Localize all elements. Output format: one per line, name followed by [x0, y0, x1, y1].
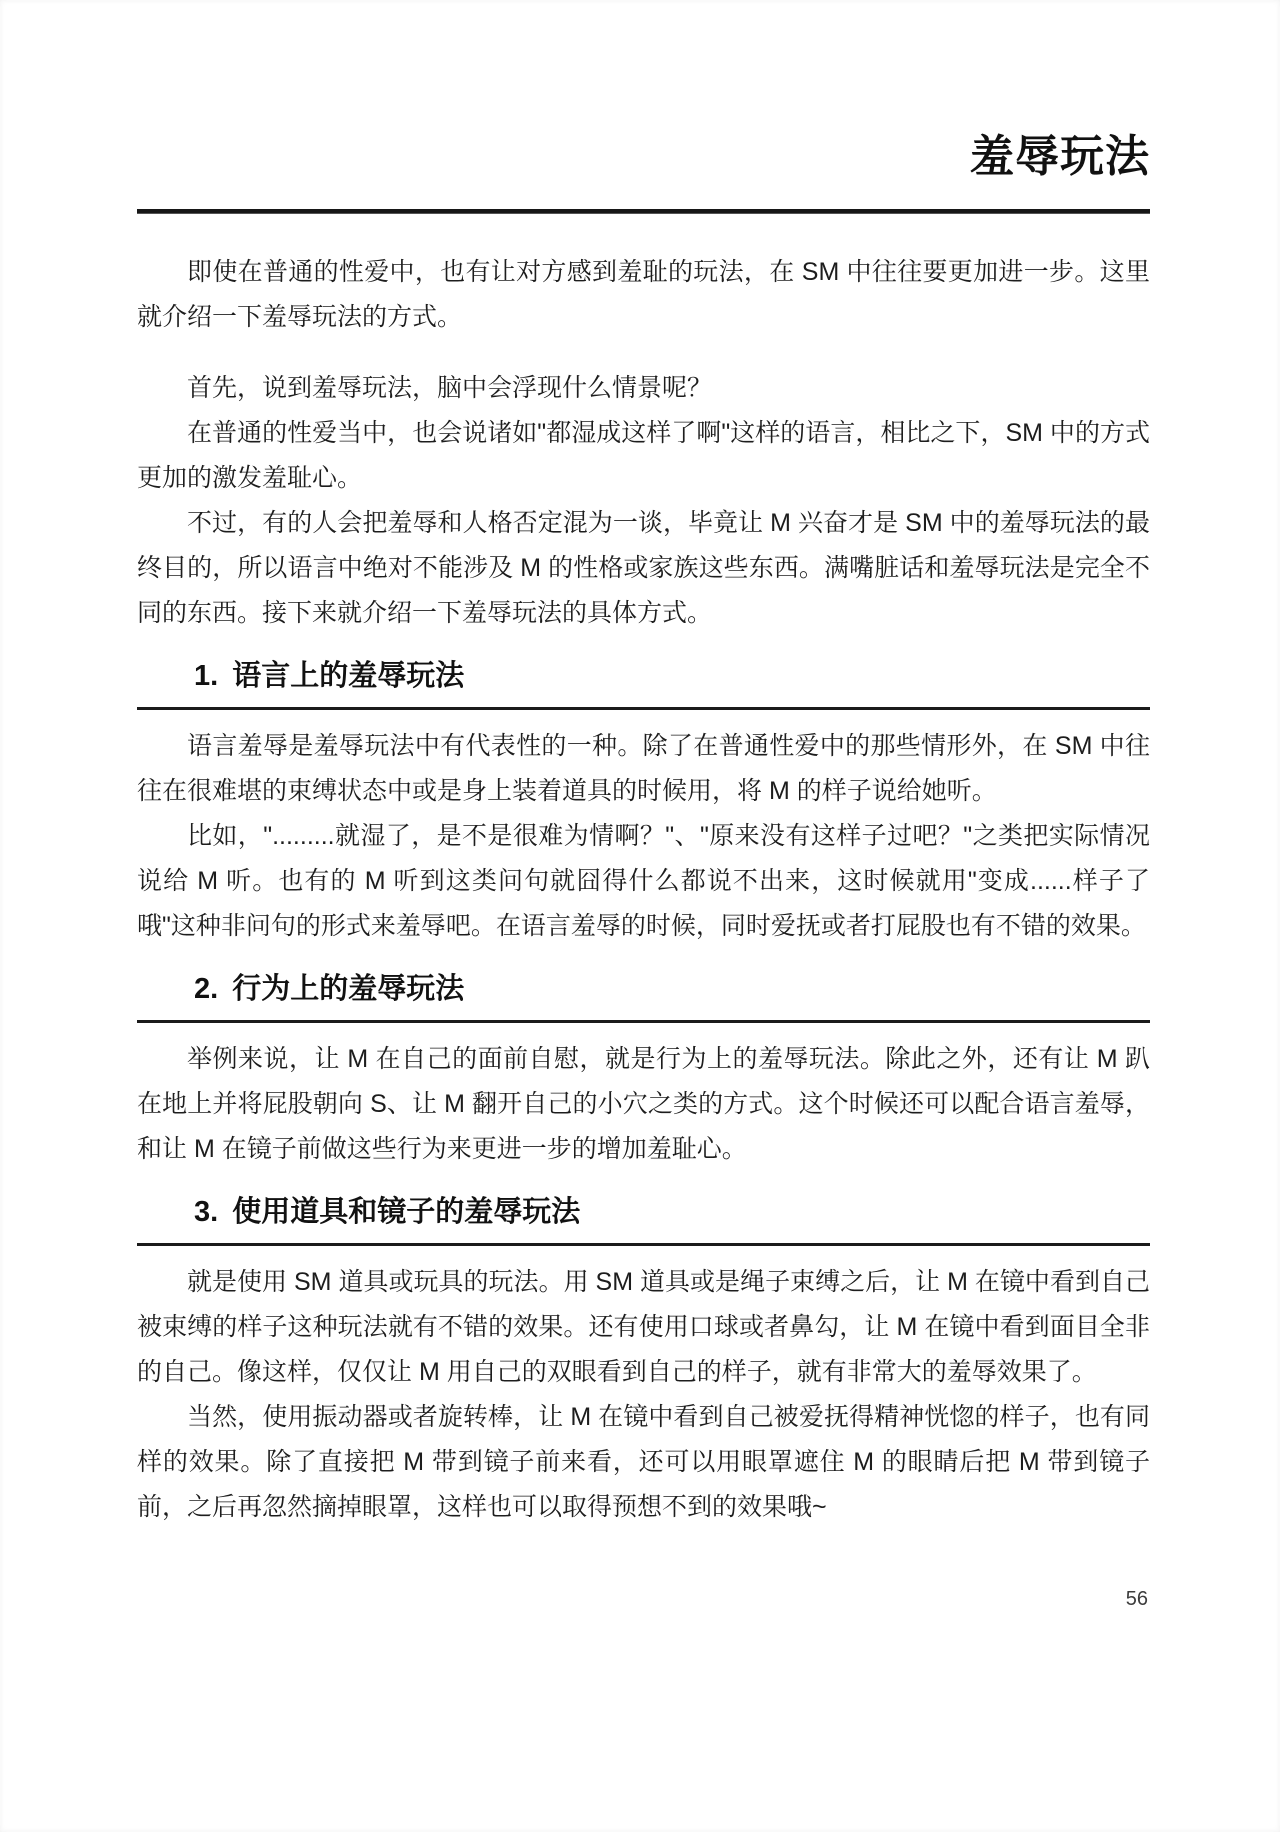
paragraph: 不过，有的人会把羞辱和人格否定混为一谈，毕竟让 M 兴奋才是 SM 中的羞辱玩法… — [137, 501, 1150, 636]
page-content: 羞辱玩法 即使在普通的性爱中，也有让对方感到羞耻的玩法，在 SM 中往往要更加进… — [137, 0, 1150, 1530]
document-page: 羞辱玩法 即使在普通的性爱中，也有让对方感到羞耻的玩法，在 SM 中往往要更加进… — [0, 0, 1280, 1832]
title-divider-rule — [137, 209, 1150, 214]
paragraph: 当然，使用振动器或者旋转棒，让 M 在镜中看到自己被爱抚得精神恍惚的样子，也有同… — [137, 1395, 1150, 1530]
page-number: 56 — [1126, 1588, 1148, 1611]
heading-text: 使用道具和镜子的羞辱玩法 — [232, 1196, 580, 1228]
paragraph: 即使在普通的性爱中，也有让对方感到羞耻的玩法，在 SM 中往往要更加进一步。这里… — [137, 250, 1150, 340]
paragraph: 举例来说，让 M 在自己的面前自慰，就是行为上的羞辱玩法。除此之外，还有让 M … — [137, 1037, 1150, 1172]
heading-text: 行为上的羞辱玩法 — [232, 973, 464, 1005]
paragraph: 在普通的性爱当中，也会说诸如"都湿成这样了啊"这样的语言，相比之下，SM 中的方… — [137, 411, 1150, 501]
paragraph: 比如，".........就湿了，是不是很难为情啊？"、"原来没有这样子过吧？"… — [137, 814, 1150, 949]
heading-number: 3. — [194, 1196, 218, 1228]
section-heading-3: 3.使用道具和镜子的羞辱玩法 — [137, 1194, 1150, 1246]
page-title: 羞辱玩法 — [137, 0, 1150, 183]
paragraph: 语言羞辱是羞辱玩法中有代表性的一种。除了在普通性爱中的那些情形外，在 SM 中往… — [137, 724, 1150, 814]
heading-number: 2. — [194, 973, 218, 1005]
paragraph: 就是使用 SM 道具或玩具的玩法。用 SM 道具或是绳子束缚之后，让 M 在镜中… — [137, 1260, 1150, 1395]
section-heading-2: 2.行为上的羞辱玩法 — [137, 971, 1150, 1023]
paragraph: 首先，说到羞辱玩法，脑中会浮现什么情景呢？ — [137, 366, 1150, 411]
heading-text: 语言上的羞辱玩法 — [232, 660, 464, 692]
section-heading-1: 1.语言上的羞辱玩法 — [137, 658, 1150, 710]
heading-number: 1. — [194, 660, 218, 692]
